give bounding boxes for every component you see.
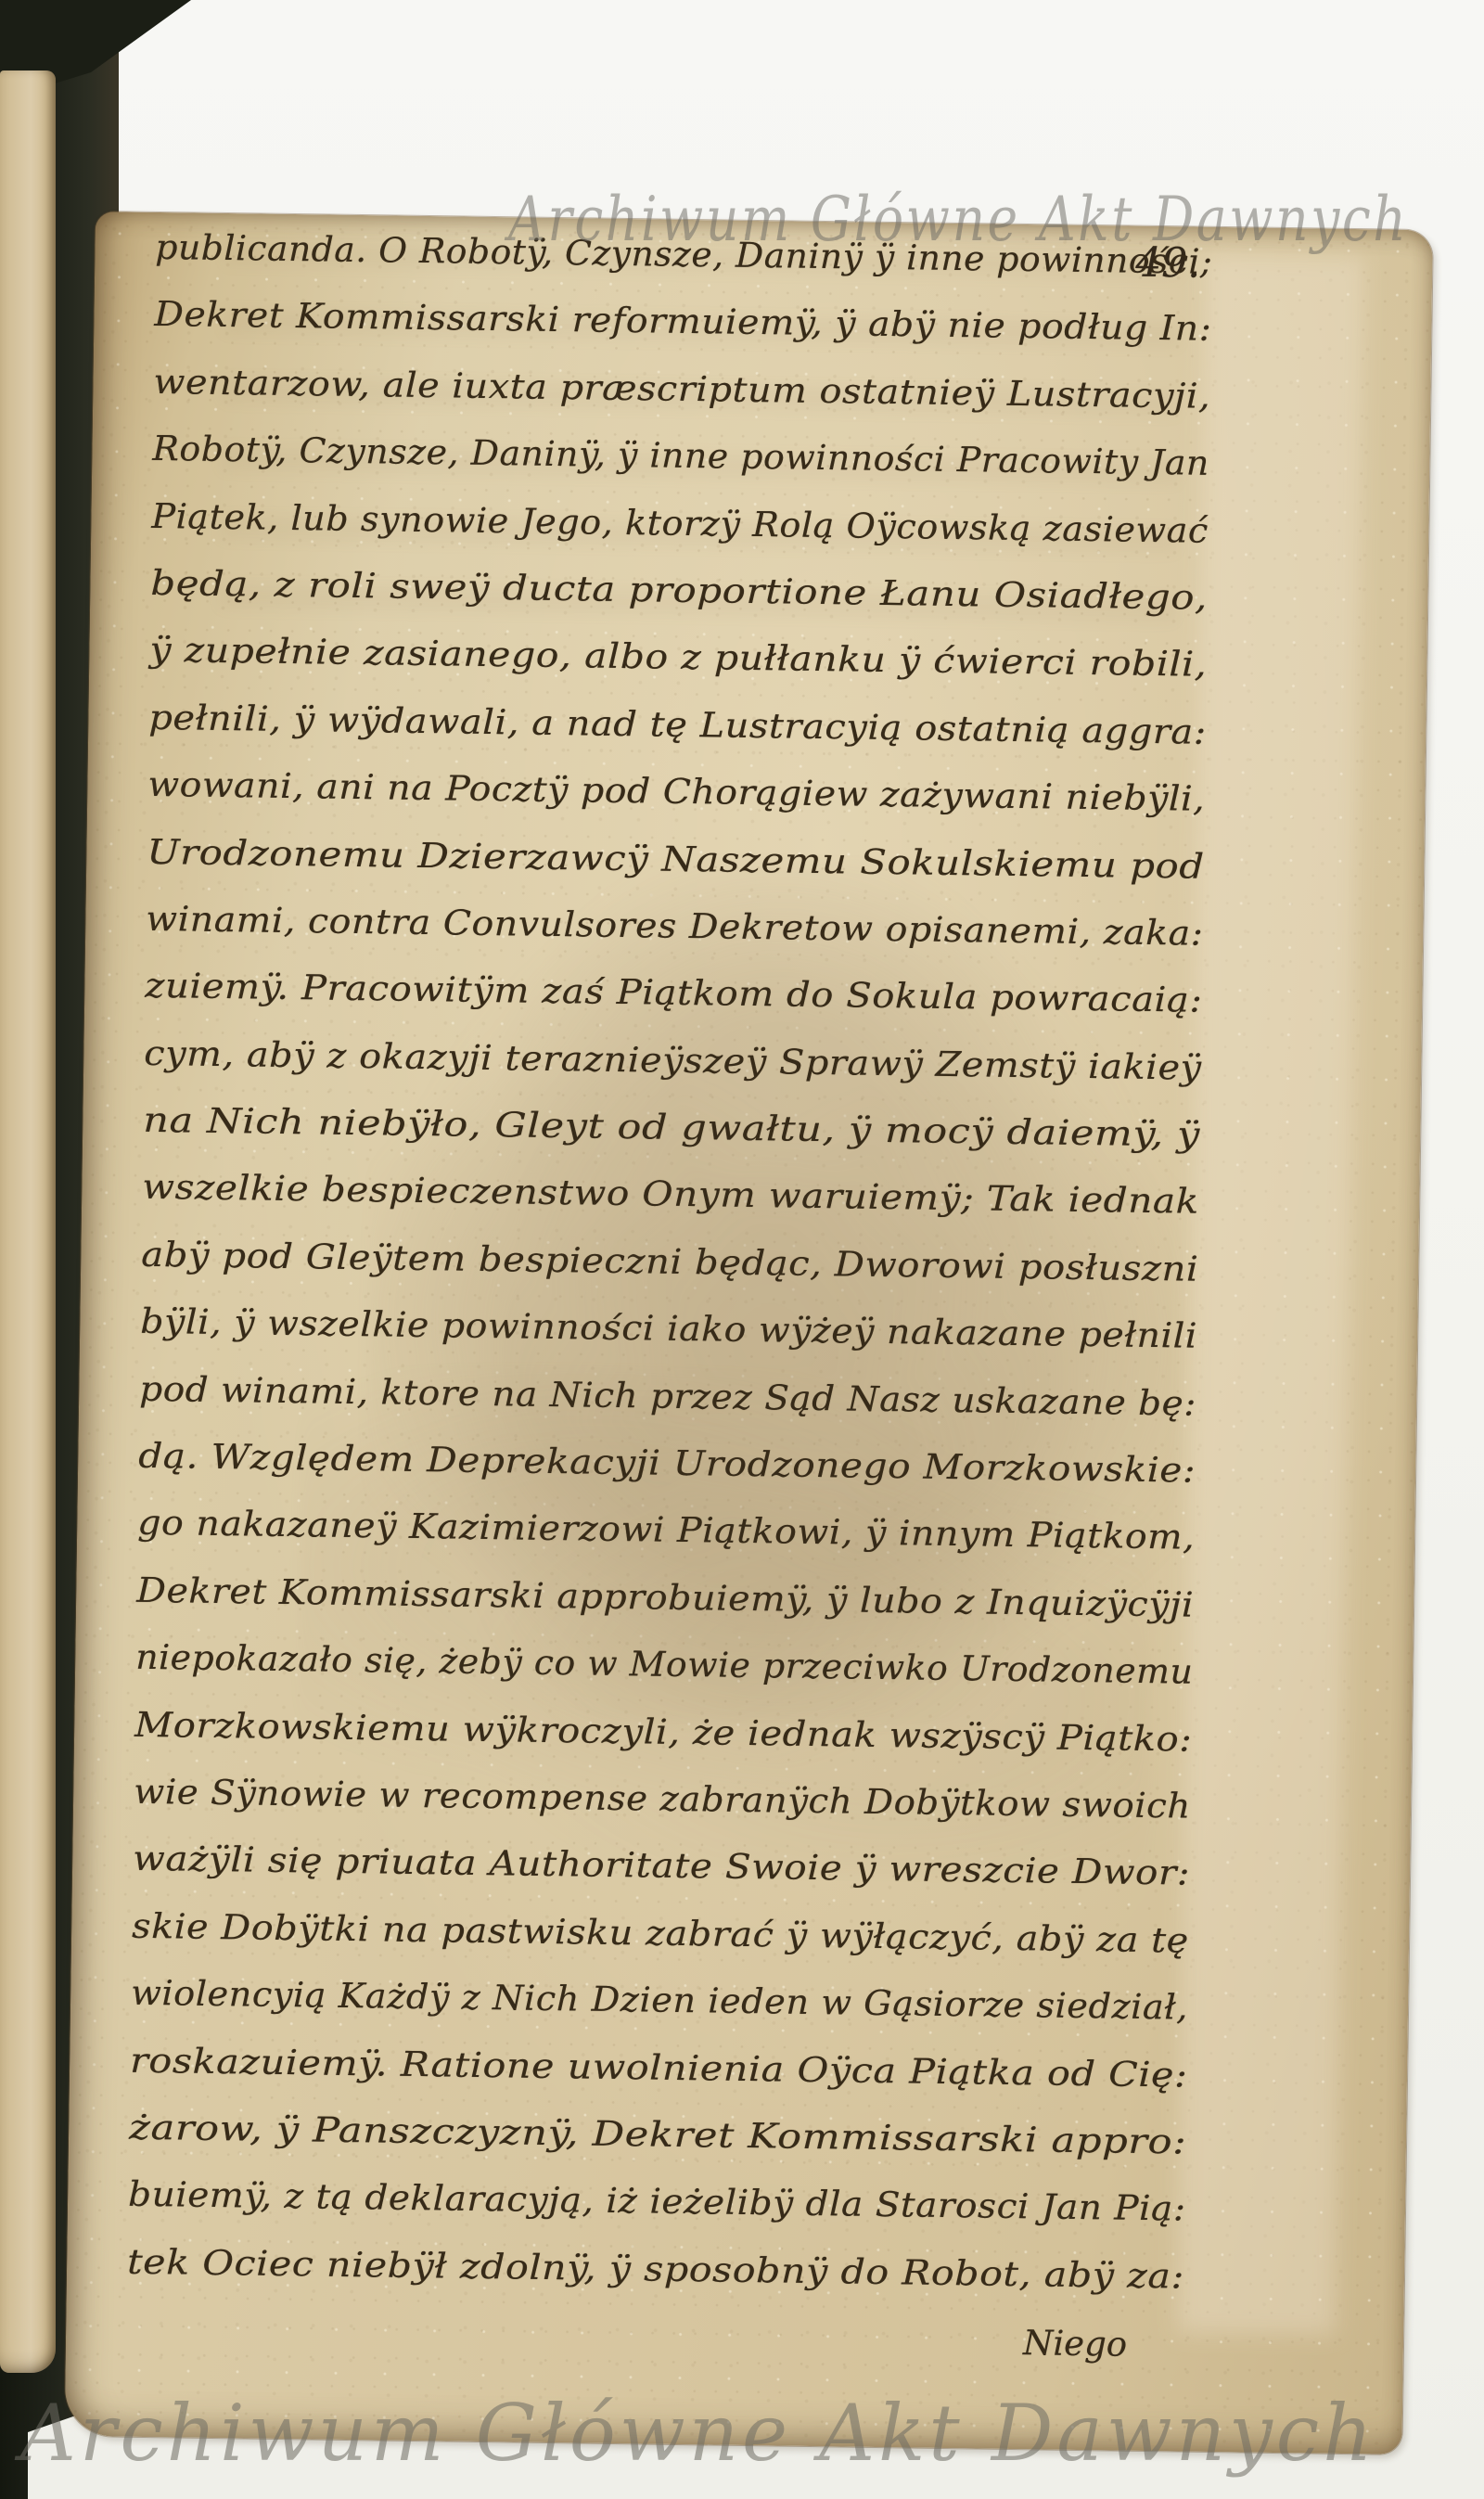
- scanned-manuscript: 49. publicanda. O Robotÿ, Czynsze, Danin…: [0, 0, 1484, 2499]
- previous-page-edge: [0, 70, 56, 2373]
- manuscript-page: 49. publicanda. O Robotÿ, Czynsze, Danin…: [65, 211, 1433, 2454]
- manuscript-text: publicanda. O Robotÿ, Czynsze, Daninÿ ÿ …: [127, 214, 1222, 2311]
- manuscript-line: tek Ociec niebÿł zdolnÿ, ÿ sposobnÿ do R…: [127, 2228, 1185, 2310]
- catchword: Niego: [1023, 2310, 1128, 2378]
